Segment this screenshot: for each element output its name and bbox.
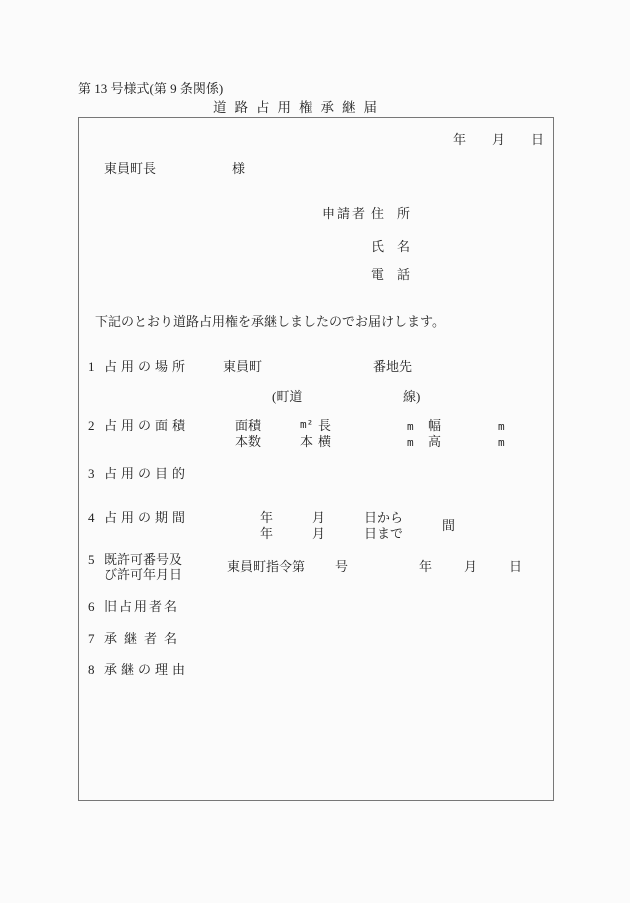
date-blank-line: 年 月 日 — [453, 133, 544, 146]
addressee-honorific: 様 — [232, 162, 245, 175]
form-page: 第 13 号様式(第 9 条関係) 道路占用権承継届 年 月 日 東員町長 様 … — [0, 0, 630, 903]
permit-directive-prefix: 東員町指令第 — [227, 560, 305, 573]
item-label-purpose: 占用の目的 — [104, 467, 189, 480]
item-number: 8 — [88, 663, 95, 676]
lateral-unit: m — [407, 437, 414, 448]
length-label: 長 — [318, 419, 331, 432]
applicant-phone-label: 電 話 — [371, 268, 410, 281]
permit-date-blank: 年 月 日 — [419, 560, 524, 573]
item-number: 7 — [88, 632, 95, 645]
item-label-permit-line2: び許可年月日 — [104, 568, 182, 581]
item-number: 1 — [88, 360, 95, 373]
lateral-label: 横 — [318, 435, 331, 448]
height-unit: m — [498, 437, 505, 448]
item-label-permit-line1: 既許可番号及 — [104, 553, 182, 566]
applicant-address-label: 住 所 — [371, 207, 410, 220]
item-number: 4 — [88, 511, 95, 524]
place-road-prefix: (町道 — [272, 390, 302, 403]
width-unit: m — [498, 421, 505, 432]
item-label-former-occupant: 旧占用者名 — [104, 600, 179, 613]
length-unit: m — [407, 421, 414, 432]
item-label-successor: 承継者名 — [104, 632, 184, 645]
declaration-text: 下記のとおり道路占用権を承継しましたのでお届けします。 — [95, 315, 445, 328]
item-label-reason: 承継の理由 — [104, 663, 189, 676]
item-number: 5 — [88, 553, 95, 566]
permit-number-suffix: 号 — [335, 560, 348, 573]
place-lot-suffix: 番地先 — [373, 360, 412, 373]
area-unit: m² — [300, 419, 313, 430]
item-label-place: 占用の場所 — [104, 360, 189, 373]
form-title: 道路占用権承継届 — [213, 101, 385, 115]
place-road-suffix: 線) — [403, 390, 420, 403]
place-town: 東員町 — [223, 360, 262, 373]
form-number: 第 13 号様式(第 9 条関係) — [78, 82, 223, 95]
height-label: 高 — [428, 435, 441, 448]
form-border-box — [78, 117, 554, 801]
addressee-name: 東員町長 — [104, 162, 156, 175]
count-label: 本数 — [235, 435, 261, 448]
count-unit: 本 — [300, 435, 313, 448]
period-to-line: 年 月 日まで — [260, 527, 403, 540]
item-number: 6 — [88, 600, 95, 613]
item-label-period: 占用の期間 — [104, 511, 189, 524]
area-label: 面積 — [235, 419, 261, 432]
item-number: 2 — [88, 419, 95, 432]
period-from-line: 年 月 日から — [260, 511, 403, 524]
item-number: 3 — [88, 467, 95, 480]
period-duration-label: 間 — [442, 519, 455, 532]
applicant-name-label: 氏 名 — [371, 240, 410, 253]
applicant-label: 申請者 — [322, 207, 367, 220]
width-label: 幅 — [428, 419, 441, 432]
item-label-area: 占用の面積 — [104, 419, 189, 432]
